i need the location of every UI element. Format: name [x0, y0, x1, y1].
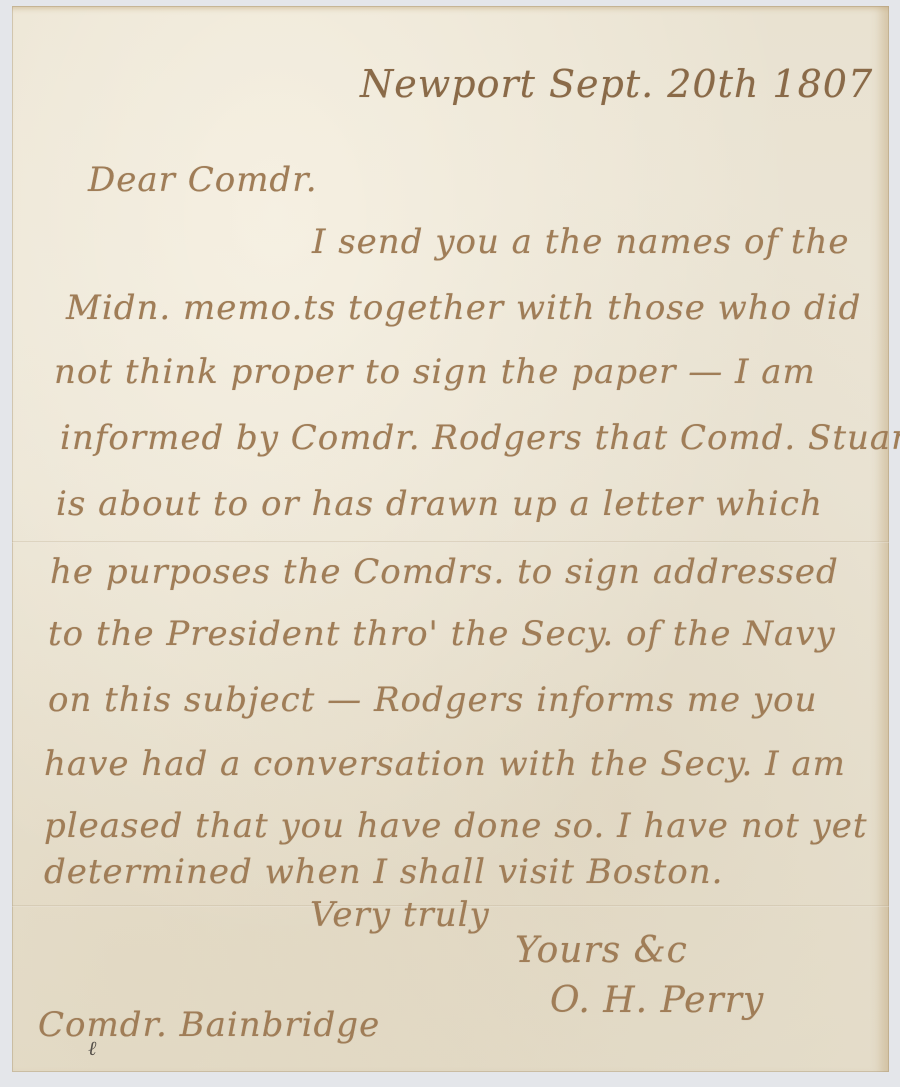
body-line: I send you a the names of the: [312, 222, 850, 262]
body-line: is about to or has drawn up a letter whi…: [56, 484, 823, 524]
body-line: Midn. memo.ts together with those who di…: [66, 288, 861, 328]
body-line: have had a conversation with the Secy. I…: [44, 744, 846, 784]
body-line: determined when I shall visit Boston.: [44, 852, 723, 892]
dateline: Newport Sept. 20th 1807: [360, 62, 873, 106]
body-line: pleased that you have done so. I have no…: [44, 806, 868, 846]
body-line: he purposes the Comdrs. to sign addresse…: [50, 552, 839, 592]
body-line: not think proper to sign the paper — I a…: [54, 352, 816, 392]
body-line: informed by Comdr. Rodgers that Comd. St…: [60, 418, 900, 458]
salutation: Dear Comdr.: [88, 160, 318, 200]
stray-ink-mark: ℓ: [88, 1036, 96, 1061]
body-line: to the President thro' the Secy. of the …: [48, 614, 836, 654]
closing-yours: Yours &c: [515, 930, 688, 971]
fold-line: [12, 541, 889, 543]
closing-very-truly: Very truly: [310, 895, 490, 935]
signature: O. H. Perry: [550, 980, 764, 1021]
body-line: on this subject — Rodgers informs me you: [48, 680, 818, 720]
